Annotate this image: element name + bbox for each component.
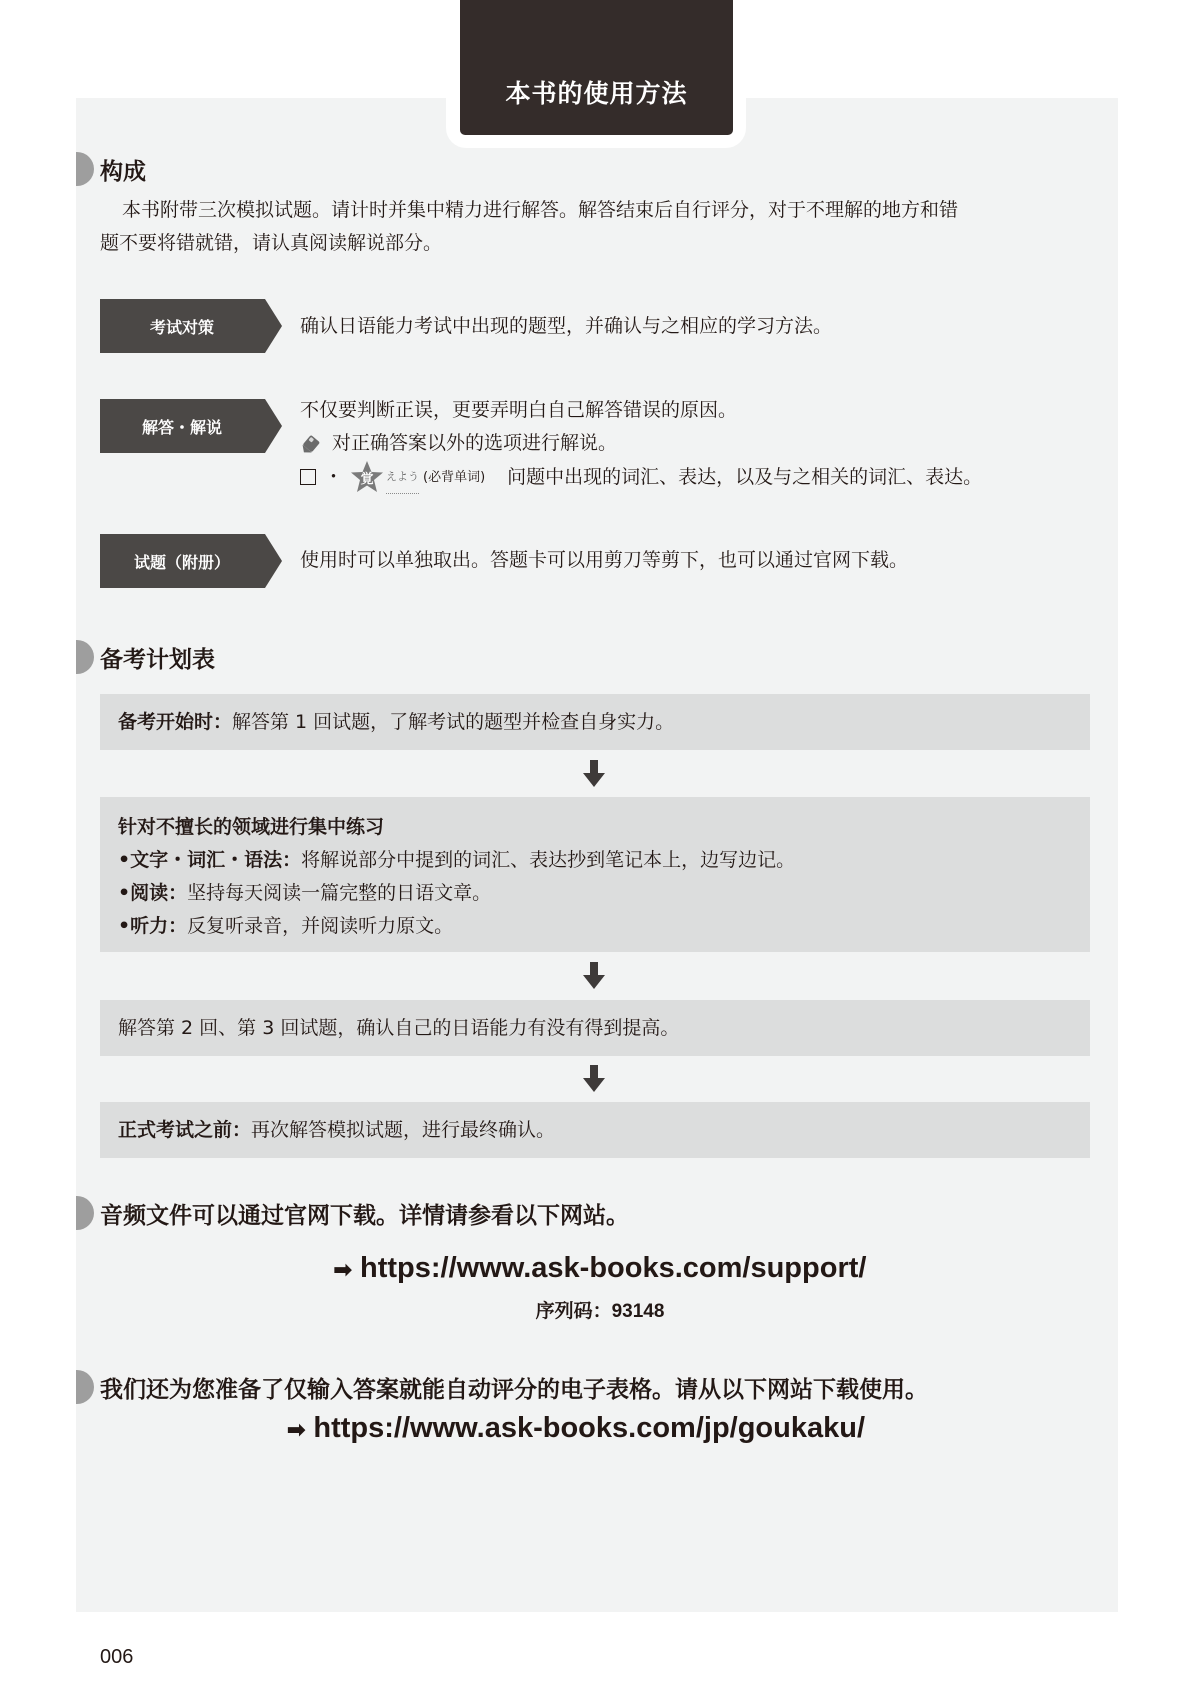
sheet-url-link[interactable]: https://www.ask-books.com/jp/goukaku/ <box>313 1412 865 1444</box>
arrow-right-icon: ➡ <box>287 1417 305 1442</box>
section-heading-composition: 构成 <box>76 152 146 186</box>
answers-explanations-text: 不仅要判断正误，更要弄明白自己解答错误的原因。 对正确答案以外的选项进行解说。 … <box>300 394 982 494</box>
serial-code: 序列码：93148 <box>0 1296 1200 1323</box>
focus-bullet: •阅读：坚持每天阅读一篇完整的日语文章。 <box>118 877 1090 910</box>
focus-bullet: •文字・词汇・语法：将解说部分中提到的词汇、表达抄到笔记本上，边写边记。 <box>118 844 1090 877</box>
section-tab-marker <box>76 1370 94 1404</box>
audio-url-line: ➡https://www.ask-books.com/support/ <box>0 1252 1200 1285</box>
page-title-box: 本书的使用方法 <box>460 0 733 135</box>
memorize-star-badge: 覚 えよう <box>349 460 419 494</box>
focus-bullet: •听力：反复听录音，并阅读听力原文。 <box>118 910 1090 943</box>
section-tab-marker <box>76 152 94 186</box>
svg-text:覚: 覚 <box>361 471 374 487</box>
tag-answers-explanations: 解答・解说 <box>100 399 282 453</box>
section-tab-marker <box>76 640 94 674</box>
section-tab-marker <box>76 1196 94 1230</box>
arrow-down-icon <box>583 760 605 788</box>
checkbox-icon <box>300 469 316 485</box>
plan-step-final: 正式考试之前：再次解答模拟试题，进行最终确认。 <box>100 1102 1090 1158</box>
composition-intro: 本书附带三次模拟试题。请计时并集中精力进行解答。解答结束后自行评分，对于不理解的… <box>100 194 1100 260</box>
tag-test-booklet: 试题（附册） <box>100 534 282 588</box>
star-icon: 覚 <box>349 460 385 494</box>
arrow-down-icon <box>583 962 605 990</box>
sheet-url-line: ➡https://www.ask-books.com/jp/goukaku/ <box>0 1412 1176 1445</box>
test-booklet-text: 使用时可以单独取出。答题卡可以用剪刀等剪下，也可以通过官网下载。 <box>300 544 908 577</box>
plan-step-start: 备考开始时：解答第 1 回试题，了解考试的题型并检查自身实力。 <box>100 694 1090 750</box>
pencil-icon <box>300 433 322 455</box>
page-title: 本书的使用方法 <box>505 74 687 110</box>
tag-exam-strategy: 考试对策 <box>100 299 282 353</box>
section-heading-spreadsheet: 我们还为您准备了仅输入答案就能自动评分的电子表格。请从以下网站下载使用。 <box>76 1370 928 1404</box>
plan-step-retest: 解答第 2 回、第 3 回试题，确认自己的日语能力有没有得到提高。 <box>100 1000 1090 1056</box>
arrow-right-icon: ➡ <box>334 1257 352 1282</box>
section-heading-plan: 备考计划表 <box>76 640 215 674</box>
arrow-down-icon <box>583 1065 605 1093</box>
section-heading-audio: 音频文件可以通过官网下载。详情请参看以下网站。 <box>76 1196 629 1230</box>
audio-url-link[interactable]: https://www.ask-books.com/support/ <box>360 1252 866 1284</box>
plan-step-focus: 针对不擅长的领域进行集中练习 •文字・词汇・语法：将解说部分中提到的词汇、表达抄… <box>100 797 1090 952</box>
exam-strategy-text: 确认日语能力考试中出现的题型，并确认与之相应的学习方法。 <box>300 310 832 343</box>
page-number: 006 <box>100 1646 133 1669</box>
